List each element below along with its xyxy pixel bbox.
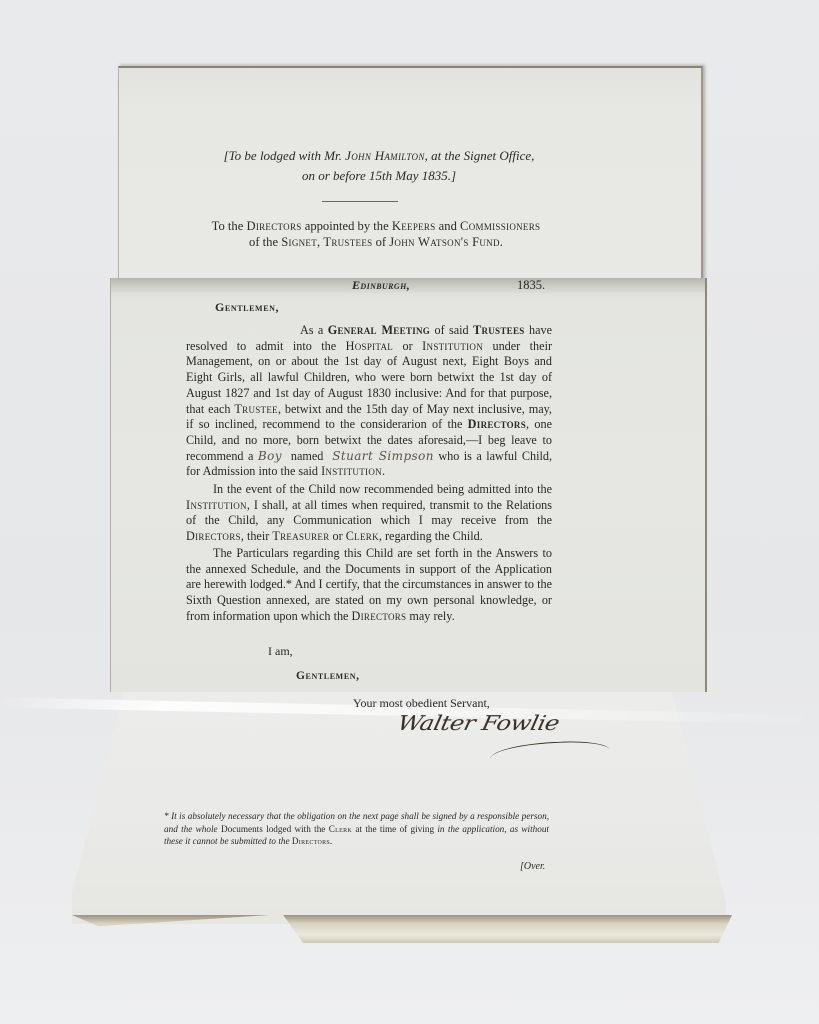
closing-servant: Your most obedient Servant,: [353, 697, 490, 709]
para-institution: Institution: [321, 464, 382, 478]
para-directors: Directors: [186, 529, 241, 543]
para-trustees: Trustees: [473, 323, 525, 337]
para-trustee: Trustee: [234, 402, 278, 416]
date-year: 1835.: [517, 279, 545, 292]
paragraph-recommendation: As a General Meeting of said Trustees ha…: [186, 323, 552, 480]
address-commissioners: Commissioners: [460, 219, 540, 233]
salutation: Gentlemen,: [215, 301, 279, 313]
address-text: of: [372, 235, 389, 249]
para-directors: Directors: [352, 609, 407, 623]
address-text: To the: [212, 219, 247, 233]
lodging-text: , at the Signet Office,: [425, 148, 535, 163]
para-text: In the event of the Child now recommende…: [213, 482, 552, 496]
address-block: To the Directors appointed by the Keeper…: [170, 218, 582, 250]
para-hospital: Hospital: [346, 339, 393, 353]
para-text: named: [282, 449, 332, 463]
footnote-text: .: [330, 836, 332, 846]
footnote-text: at the time of giving: [352, 824, 434, 834]
para-institution: Institution: [186, 498, 247, 512]
para-text: may rely.: [406, 609, 454, 623]
para-text: .: [382, 464, 385, 478]
paragraph-communication: In the event of the Child now recommende…: [186, 482, 552, 545]
over-marker: [Over.: [520, 862, 545, 872]
para-text: , their: [241, 529, 272, 543]
para-institution: Institution: [422, 339, 483, 353]
para-directors: Directors: [468, 417, 526, 431]
signature-flourish: [490, 740, 611, 769]
address-text: and: [436, 219, 460, 233]
address-keepers: Keepers: [392, 219, 436, 233]
lodging-text: [To be lodged with Mr.: [224, 148, 346, 163]
address-text: appointed by the: [302, 219, 392, 233]
footnote: * It is absolutely necessary that the ob…: [164, 810, 549, 848]
footnote-text: Documents lodged with the: [221, 824, 329, 834]
para-text: , regarding the Child.: [379, 529, 483, 543]
closing-gentlemen: Gentlemen,: [296, 671, 360, 683]
paragraph-particulars: The Particulars regarding this Child are…: [186, 546, 552, 625]
address-text: of the: [249, 235, 281, 249]
footnote-directors: Directors: [292, 836, 330, 846]
address-trustees: Trustees: [323, 235, 372, 249]
address-directors: Directors: [246, 219, 301, 233]
address-text: .: [500, 235, 503, 249]
address-fund: John Watson's Fund: [389, 235, 500, 249]
closing-i-am: I am,: [268, 645, 293, 657]
para-treasurer: Treasurer: [272, 529, 329, 543]
para-general-meeting: General Meeting: [328, 323, 430, 337]
para-text: or: [330, 529, 346, 543]
lodging-deadline: on or before 15th May 1835.]: [302, 168, 456, 183]
lodging-notice: [To be lodged with Mr. John Hamilton, at…: [184, 146, 574, 186]
footnote-clerk: Clerk: [329, 824, 352, 834]
place-line: Edinburgh,: [352, 279, 410, 291]
lodging-recipient: John Hamilton: [345, 148, 424, 163]
para-clerk: Clerk: [346, 529, 379, 543]
para-text: of said: [430, 323, 473, 337]
signature: Walter Fowlie: [396, 713, 561, 733]
address-signet: Signet: [281, 235, 317, 249]
para-text: or: [393, 339, 422, 353]
handwritten-child-name: Stuart Simpson: [332, 449, 434, 463]
paper-bottom-edge: [72, 915, 732, 943]
handwritten-gender: Boy: [258, 449, 282, 463]
para-text: As a: [300, 323, 328, 337]
divider-rule: [322, 201, 398, 202]
